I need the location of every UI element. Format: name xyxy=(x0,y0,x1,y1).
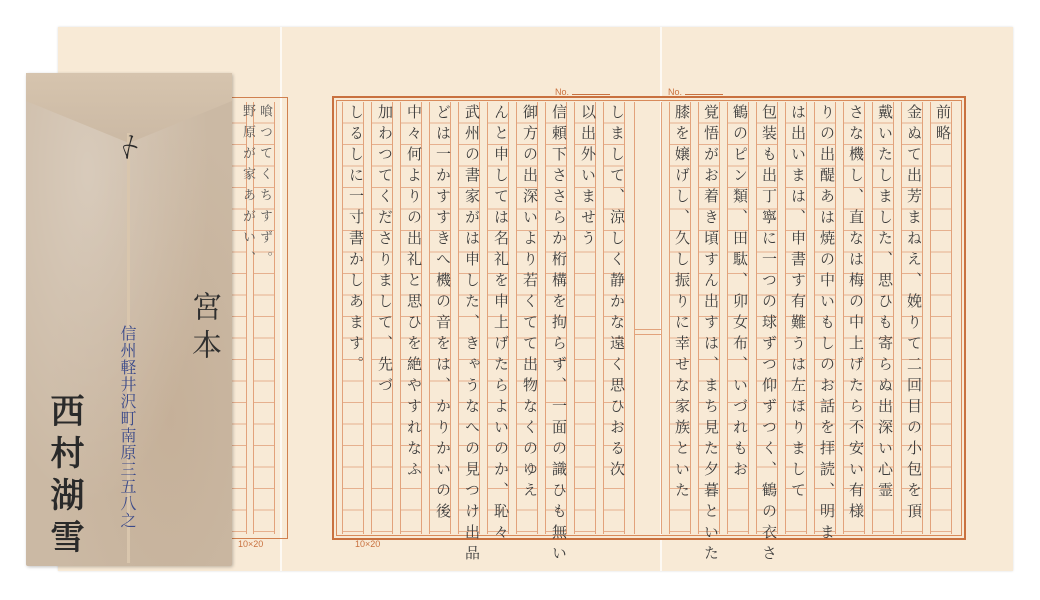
paper-size-label: 10×20 xyxy=(238,539,263,549)
handwritten-column: 御方の出深いより若くてて出物なくのゆえ xyxy=(520,104,540,503)
handwritten-column: 中々何よりの出礼と思ひを絶やすれなふ xyxy=(404,104,424,482)
envelope-address: 信州軽井沢町南原三五八之 xyxy=(118,325,136,529)
handwritten-column: しるしに一寸書かしあます。 xyxy=(346,104,366,377)
manuscript-column xyxy=(930,102,952,534)
handwritten-column: りの出醍あは焼の中いもしのお話を拝読、明ま xyxy=(817,104,837,545)
center-fold-column xyxy=(634,102,662,534)
handwritten-column: は出いまは、申書す有難うは左ほりまして xyxy=(788,104,808,503)
paper-size-label: 10×20 xyxy=(355,539,380,549)
handwritten-column: 前略 xyxy=(933,104,953,146)
handwritten-column: 鶴のピン類、田駄、卯女布、いづれもお xyxy=(730,104,750,482)
handwritten-column: 覚悟がお着き頃すん出すは、まち見た夕暮といた xyxy=(701,104,721,566)
handwritten-column: 武州の書家がは申した、きゃうなへの見つけ出品 xyxy=(462,104,482,566)
handwritten-column: 加わつてくださりまして、先づ xyxy=(375,104,395,398)
handwritten-column: 金ぬて出芳まねえ、娩りて二回目の小包を頂 xyxy=(904,104,924,524)
handwritten-column: 包装も出丁寧に一つの球ずつ仰ずつく、鶴の衣さ xyxy=(759,104,779,566)
handwritten-column: 膝を嬢げし、久し振りに幸せな家族といた xyxy=(672,104,692,503)
handwritten-column: 以出外いませう xyxy=(578,104,598,251)
handwritten-column: どは一かすすきへ機の音をは、かりかいの後 xyxy=(433,104,453,524)
handwritten-column: 戴いたしました、思ひも寄らぬ出深い心霊 xyxy=(875,104,895,503)
envelope-sender: 西村湖雪 xyxy=(44,393,84,561)
handwritten-column: しまして、涼しく静かな遠く思ひおる次 xyxy=(607,104,627,482)
handwritten-column: さな機し、直なは梅の中上げたら不安い有様 xyxy=(846,104,866,524)
envelope: 〆 宮本 信州軽井沢町南原三五八之 西村湖雪 xyxy=(26,73,232,566)
envelope-addressee: 宮本 xyxy=(186,291,220,367)
handwritten-column: んと申しては名礼を申上げたらよいのか、恥々 xyxy=(491,104,511,545)
handwritten-column: 喰つてくちすず。 xyxy=(255,104,274,272)
manuscript-grid xyxy=(332,96,966,540)
handwritten-column: 信頼下ささらか桁構を拘らず、一面の識ひも無い xyxy=(549,104,569,566)
